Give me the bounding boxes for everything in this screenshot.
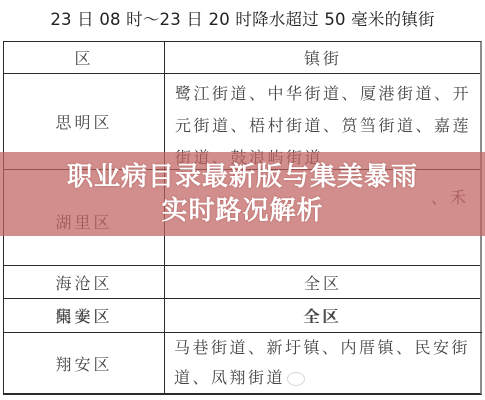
streets-line: 鹭江街道、中华街道、厦港街道、开 [175, 78, 471, 110]
table-row-streets: 全区 [165, 266, 481, 298]
weibo-watermark-icon [287, 372, 305, 386]
table-row-district: 翔安区 [4, 333, 164, 394]
table-row-district: 海沧区 [4, 266, 164, 298]
banner-title-line2: 实时路况解析 [161, 194, 323, 228]
streets-line: 元街道、梧村街道、筼筜街道、嘉莲 [175, 110, 471, 142]
streets-line-with-watermark: 道、凤翔街道 [174, 363, 470, 393]
document-title: 23 日 08 时～23 日 20 时降水超过 50 毫米的镇街 [0, 6, 485, 30]
banner-title: 职业病目录最新版与集美暴雨 实时路况解析 [0, 152, 485, 236]
streets-line: 马巷街道、新圩镇、内厝镇、民安街 [174, 333, 470, 363]
table-row-streets: 马巷街道、新圩镇、内厝镇、民安街 道、凤翔街道 [164, 333, 480, 394]
table-row-district: 同安区 [4, 299, 164, 332]
table-row-streets: 全区 [164, 299, 480, 332]
banner-title-line1: 职业病目录最新版与集美暴雨 [67, 160, 418, 194]
header-district: 区 [4, 42, 164, 73]
header-streets: 镇街 [165, 42, 481, 73]
streets-line: 道、凤翔街道 [174, 368, 285, 387]
